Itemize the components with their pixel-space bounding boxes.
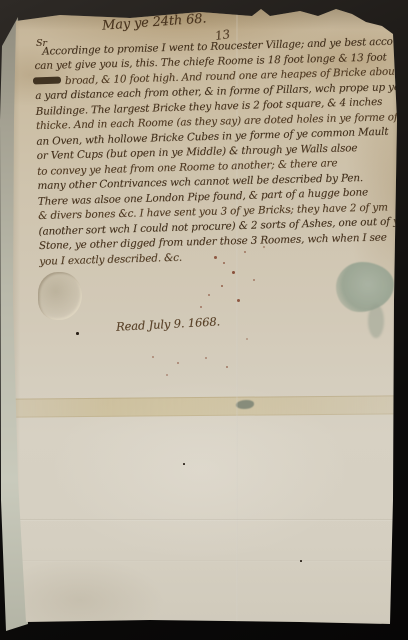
ink-spatter bbox=[208, 294, 210, 296]
ink-spatter bbox=[205, 357, 207, 359]
ink-spatter bbox=[246, 338, 248, 340]
photo-background: May ye 24th 68. 13 Sr Accordinge to prom… bbox=[0, 0, 408, 640]
ink-spatter bbox=[226, 366, 228, 368]
ink-spatter bbox=[244, 251, 246, 253]
ink-spatter bbox=[253, 279, 255, 281]
ink-spatter bbox=[289, 210, 291, 212]
ink-spatter bbox=[200, 306, 202, 308]
dust-speck bbox=[300, 560, 302, 562]
ink-spatter bbox=[214, 256, 217, 259]
manuscript-page: May ye 24th 68. 13 Sr Accordinge to prom… bbox=[0, 0, 408, 640]
ink-spatter bbox=[223, 262, 225, 264]
ink-spatter bbox=[221, 285, 223, 287]
ink-spatter bbox=[232, 271, 235, 274]
ink-spatter bbox=[166, 374, 168, 376]
ink-spatter bbox=[177, 362, 179, 364]
dust-speck bbox=[76, 332, 79, 335]
dust-speck bbox=[183, 463, 185, 465]
ink-spatter-field bbox=[0, 0, 408, 640]
ink-spatter bbox=[237, 299, 240, 302]
ink-spatter bbox=[152, 356, 154, 358]
ink-spatter bbox=[263, 246, 265, 248]
